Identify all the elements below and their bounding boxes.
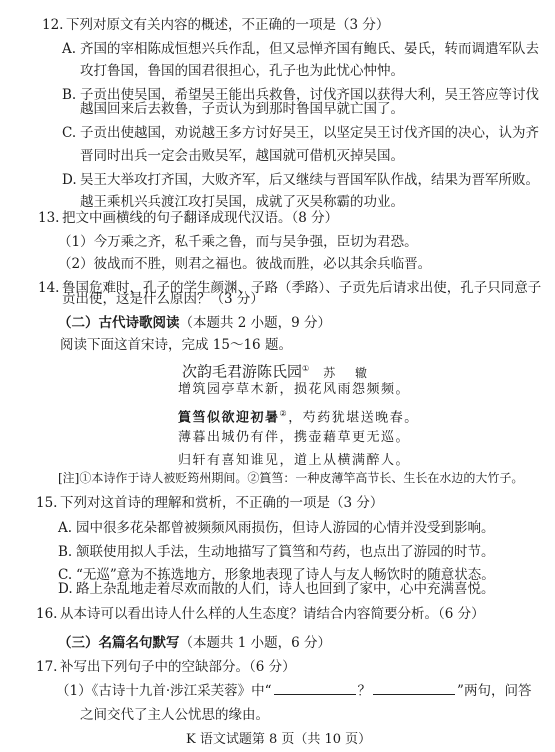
- question-number: 14.: [38, 279, 62, 297]
- poem-title: 次韵毛君游陈氏园: [182, 363, 302, 381]
- q17-item-1-cont: 之间交代了主人公忧思的缘由。: [80, 706, 269, 724]
- section2-instruction: 阅读下面这首宋诗，完成 15～16 题。: [60, 336, 292, 354]
- q15-option-b: B.颔联使用拟人手法，生动地描写了篔筜和芍药，也点出了游园的时节。: [58, 543, 495, 561]
- question-number: 17.: [36, 658, 60, 676]
- question-number: 13.: [38, 209, 62, 227]
- q13-stem: 13.把文中画横线的句子翻译成现代汉语。（8 分）: [38, 209, 338, 227]
- poem-line-2: 篔筜似欲迎初暑②，芍药犹堪送晚春。: [178, 405, 419, 427]
- poem-line-2-a: 篔筜似欲迎初暑: [178, 410, 280, 425]
- question-number: 12.: [42, 16, 66, 34]
- option-text: 园中很多花朵都曾被频频风雨损伤，但诗人游园的心情并没受到影响。: [76, 520, 495, 536]
- question-text: 从本诗可以看出诗人什么样的人生态度？请结合内容简要分析。（6 分）: [60, 606, 485, 622]
- section3-heading: （三）名篇名句默写（本题共 1 小题，6 分）: [58, 634, 331, 652]
- option-letter: B.: [58, 543, 76, 561]
- page-footer: K 语文试题第 8 页（共 10 页）: [186, 731, 371, 749]
- question-text: 下列对原文有关内容的概述，不正确的一项是（3 分）: [66, 17, 389, 33]
- q14-stem-cont: 贡出使，这是什么原因？（3 分）: [62, 290, 264, 308]
- q12-stem: 12.下列对原文有关内容的概述，不正确的一项是（3 分）: [42, 16, 389, 34]
- question-text: 下列对这首诗的理解和赏析，不正确的一项是（3 分）: [60, 495, 383, 511]
- poem-author: 苏 辙: [323, 366, 375, 380]
- question-number: 15.: [36, 494, 60, 512]
- q12-option-c: C.子贡出使越国，劝说越王多方讨好吴王，以坚定吴王讨伐齐国的决心，认为齐: [62, 124, 539, 142]
- q13-item-2: （2）彼战而不胜，则君之福也。彼战而胜，必以其余兵临晋。: [58, 255, 431, 273]
- poem-line-2-b: ，芍药犹堪送晚春。: [288, 410, 419, 425]
- q16-stem: 16.从本诗可以看出诗人什么样的人生态度？请结合内容简要分析。（6 分）: [36, 605, 485, 623]
- section-title: （三）名篇名句默写: [58, 635, 180, 651]
- q17-stem: 17.补写出下列句子中的空缺部分。（6 分）: [36, 658, 296, 676]
- q17-item-1-mid: ？: [358, 683, 372, 699]
- option-text: 齐国的宰相陈成恒想兴兵作乱，但又忌惮齐国有鲍氏、晏氏，转而调遣军队去: [80, 41, 539, 57]
- q12-option-c-cont: 晋同时出兵一定会击败吴军，越国就可借机灭掉吴国。: [80, 147, 404, 165]
- section-meta: （本题共 1 小题，6 分）: [180, 635, 332, 651]
- option-text: 路上杂乱地走着尽欢而散的人们，诗人也回到了家中，心中充满喜悦。: [76, 581, 495, 597]
- q15-option-d: D.路上杂乱地走着尽欢而散的人们，诗人也回到了家中，心中充满喜悦。: [58, 580, 495, 598]
- poem-footnote: [注]①本诗作于诗人被贬筠州期间。②篔筜：一种皮薄竿高节长、生长在水边的大竹子。: [58, 469, 523, 487]
- option-letter: C.: [62, 124, 80, 142]
- option-letter: A.: [62, 40, 80, 58]
- q15-option-a: A.园中很多花朵都曾被频频风雨损伤，但诗人游园的心情并没受到影响。: [58, 519, 495, 537]
- poem-heading: 次韵毛君游陈氏园①苏 辙: [182, 360, 375, 382]
- section-meta: （本题共 2 小题，9 分）: [180, 315, 332, 331]
- q17-item-1-prefix: （1）《古诗十九首·涉江采芙蓉》中“: [56, 683, 272, 699]
- footnote-marker: ②: [280, 409, 289, 418]
- answer-blank-2[interactable]: [373, 682, 455, 695]
- question-text: 把文中画横线的句子翻译成现代汉语。（8 分）: [62, 210, 338, 226]
- poem-line-3: 薄暮出城仍有伴，携壶藉草更无巡。: [178, 429, 410, 447]
- answer-blank-1[interactable]: [274, 682, 356, 695]
- q17-item-1: （1）《古诗十九首·涉江采芙蓉》中“？”两句，问答: [56, 682, 531, 700]
- poem-line-4: 归轩有喜知谁见，道上从横满醉人。: [178, 452, 410, 470]
- option-text: 子贡出使越国，劝说越王多方讨好吴王，以坚定吴王讨伐齐国的决心，认为齐: [80, 125, 539, 141]
- q12-option-a: A.齐国的宰相陈成恒想兴兵作乱，但又忌惮齐国有鲍氏、晏氏，转而调遣军队去: [62, 40, 539, 58]
- question-number: 16.: [36, 605, 60, 623]
- option-text: 吴王大举攻打齐国，大败齐军，后又继续与晋国军队作战，结果为晋军所败。: [80, 172, 539, 188]
- q13-item-1: （1）今万乘之齐，私千乘之鲁，而与吴争强，臣切为君恐。: [58, 233, 418, 251]
- section-title: （二）古代诗歌阅读: [58, 315, 180, 331]
- option-letter: A.: [58, 519, 76, 537]
- q17-item-1-suffix: ”两句，问答: [457, 683, 531, 699]
- footnote-marker: ①: [302, 364, 309, 373]
- option-letter: B.: [62, 86, 80, 104]
- option-letter: D.: [62, 171, 80, 189]
- option-letter: D.: [58, 580, 76, 598]
- section2-heading: （二）古代诗歌阅读（本题共 2 小题，9 分）: [58, 314, 331, 332]
- q12-option-a-cont: 攻打鲁国，鲁国的国君很担心，孔子也为此忧心忡忡。: [80, 62, 404, 80]
- q15-stem: 15.下列对这首诗的理解和赏析，不正确的一项是（3 分）: [36, 494, 383, 512]
- poem-line-1: 增筑园亭草木新，损花风雨怨频频。: [178, 381, 410, 399]
- question-text: 补写出下列句子中的空缺部分。（6 分）: [60, 659, 296, 675]
- option-text: 颔联使用拟人手法，生动地描写了篔筜和芍药，也点出了游园的时节。: [76, 544, 495, 560]
- q12-option-d: D.吴王大举攻打齐国，大败齐军，后又继续与晋国军队作战，结果为晋军所败。: [62, 171, 539, 189]
- q12-option-b-cont: 越国回来后去救鲁，子贡认为到那时鲁国早就亡国了。: [80, 100, 404, 118]
